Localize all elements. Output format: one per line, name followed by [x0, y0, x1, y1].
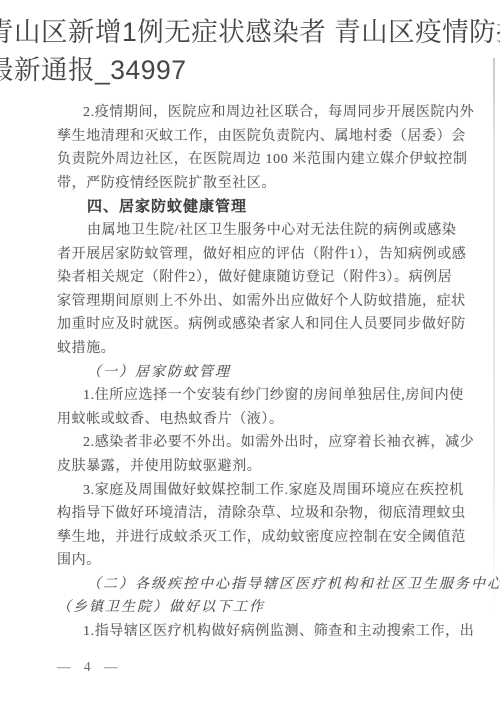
doc-line: 1.住所应选择一个安装有纱门纱窗的房间单独居住,房间内使: [57, 384, 473, 408]
doc-line: 带，严防疫情经医院扩散至社区。: [57, 172, 473, 196]
doc-line: 2.疫情期间，医院应和周边社区联合，每周同步开展医院内外: [57, 101, 473, 125]
doc-line: 用蚊帐或蚊香、电热蚊香片（液）。: [57, 408, 473, 432]
page-title-line-2: 最新通报_34997: [0, 51, 500, 90]
doc-line: （乡镇卫生院）做好以下工作: [57, 596, 473, 620]
doc-line: 蚊措施。: [57, 337, 473, 361]
doc-subsection-heading: （一）居家防蚊管理: [57, 361, 473, 385]
page-title: 青山区新增1例无症状感染者 青山区疫情防控 最新通报_34997: [0, 13, 500, 90]
document-page: 2.疫情期间，医院应和周边社区联合，每周同步开展医院内外 孳生地清理和灭蚊工作，…: [57, 101, 473, 644]
doc-line: 1.指导辖区医疗机构做好病例监测、筛查和主动搜索工作，出: [57, 620, 473, 644]
doc-line: 染者相关规定（附件2），做好健康随访登记（附件3）。病例居: [57, 266, 473, 290]
doc-line: 孳生地清理和灭蚊工作，由医院负责院内、属地村委（居委）会: [57, 125, 473, 149]
doc-line: 3.家庭及周围做好蚊媒控制工作.家庭及周围环境应在疾控机: [57, 479, 473, 503]
scan-edge-line: [493, 58, 495, 618]
doc-section-heading: 四、居家防蚊健康管理: [57, 195, 473, 219]
doc-line: 2.感染者非必要不外出。如需外出时，应穿着长袖衣裤，减少: [57, 431, 473, 455]
page-title-line-1: 青山区新增1例无症状感染者 青山区疫情防控: [0, 13, 500, 52]
doc-line: 构指导下做好环境清洁，清除杂草、垃圾和杂物，彻底清理蚊虫: [57, 502, 473, 526]
doc-line: 者开展居家防蚊管理，做好相应的评估（附件1），告知病例或感: [57, 243, 473, 267]
doc-line: 家管理期间原则上不外出、如需外出应做好个人防蚊措施，症状: [57, 290, 473, 314]
doc-line: 由属地卫生院/社区卫生服务中心对无法住院的病例或感染: [57, 219, 473, 243]
doc-line: 皮肤暴露，并使用防蚊驱避剂。: [57, 455, 473, 479]
doc-line: 孳生地，并进行成蚊杀灭工作，成幼蚊密度应控制在安全阈值范: [57, 526, 473, 550]
doc-line: 围内。: [57, 549, 473, 573]
doc-line: 加重时应及时就医。病例或感染者家人和同住人员要同步做好防: [57, 313, 473, 337]
doc-page-number: — 4 —: [57, 659, 123, 675]
doc-subsection-heading: （二）各级疾控中心指导辖区医疗机构和社区卫生服务中心: [57, 573, 473, 597]
doc-line: 负责院外周边社区，在医院周边 100 米范围内建立媒介伊蚊控制: [57, 148, 473, 172]
